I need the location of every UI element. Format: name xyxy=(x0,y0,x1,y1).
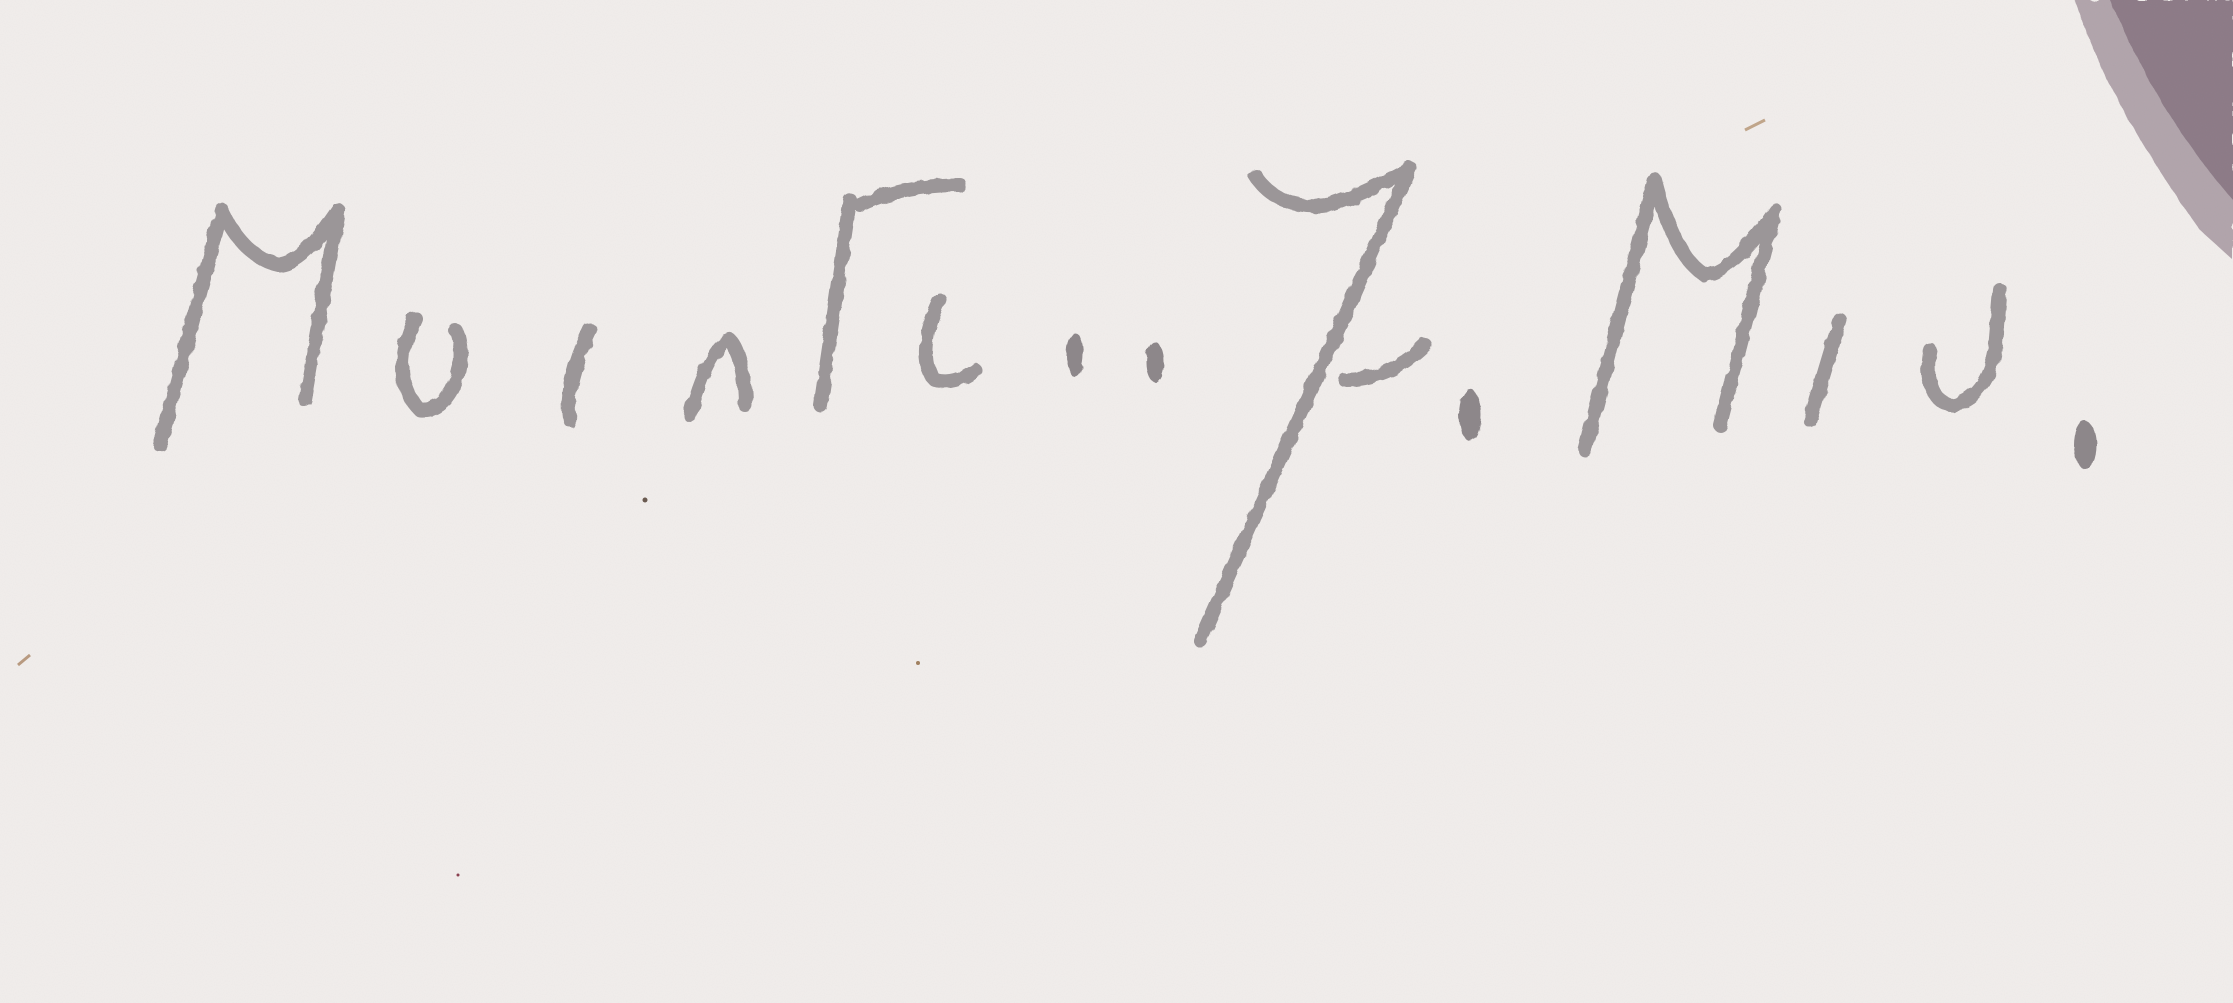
handwritten-signature xyxy=(0,0,2233,1003)
paper-background: Maerte. J. Miw. xyxy=(0,0,2233,1003)
paper-grain xyxy=(0,0,2233,1003)
